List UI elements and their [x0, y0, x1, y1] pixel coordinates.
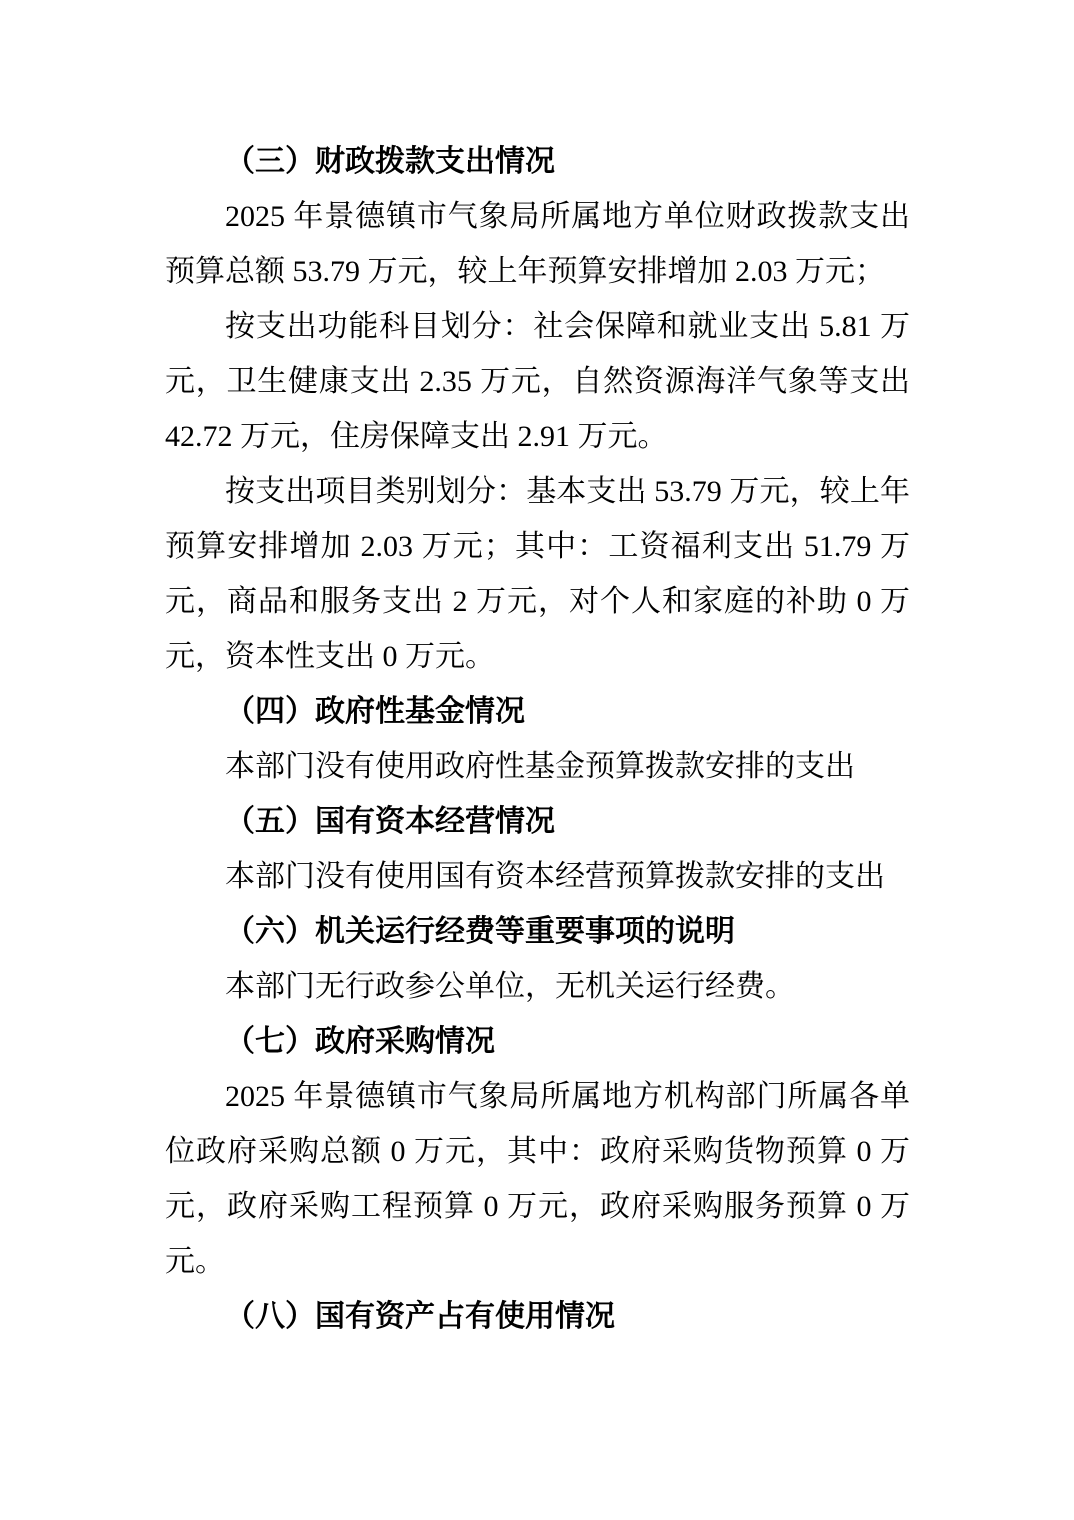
section-heading-gov-fund: （四）政府性基金情况 [165, 684, 910, 739]
paragraph-procurement: 2025 年景德镇市气象局所属地方机构部门所属各单位政府采购总额 0 万元，其中… [165, 1069, 910, 1289]
section-heading-fiscal-expenditure: （三）财政拨款支出情况 [165, 134, 910, 189]
document-content: （三）财政拨款支出情况 2025 年景德镇市气象局所属地方单位财政拨款支出预算总… [0, 0, 1074, 1344]
paragraph-state-capital: 本部门没有使用国有资本经营预算拨款安排的支出 [165, 849, 910, 904]
paragraph-gov-fund: 本部门没有使用政府性基金预算拨款安排的支出 [165, 739, 910, 794]
paragraph-by-category: 按支出项目类别划分：基本支出 53.79 万元，较上年预算安排增加 2.03 万… [165, 464, 910, 684]
document-page: （三）财政拨款支出情况 2025 年景德镇市气象局所属地方单位财政拨款支出预算总… [0, 0, 1074, 1520]
paragraph-operating-expense: 本部门无行政参公单位，无机关运行经费。 [165, 959, 910, 1014]
section-heading-operating-expense: （六）机关运行经费等重要事项的说明 [165, 904, 910, 959]
paragraph-budget-total: 2025 年景德镇市气象局所属地方单位财政拨款支出预算总额 53.79 万元，较… [165, 189, 910, 299]
section-heading-procurement: （七）政府采购情况 [165, 1014, 910, 1069]
section-heading-state-capital: （五）国有资本经营情况 [165, 794, 910, 849]
section-heading-state-assets: （八）国有资产占有使用情况 [165, 1289, 910, 1344]
paragraph-by-function: 按支出功能科目划分：社会保障和就业支出 5.81 万元，卫生健康支出 2.35 … [165, 299, 910, 464]
